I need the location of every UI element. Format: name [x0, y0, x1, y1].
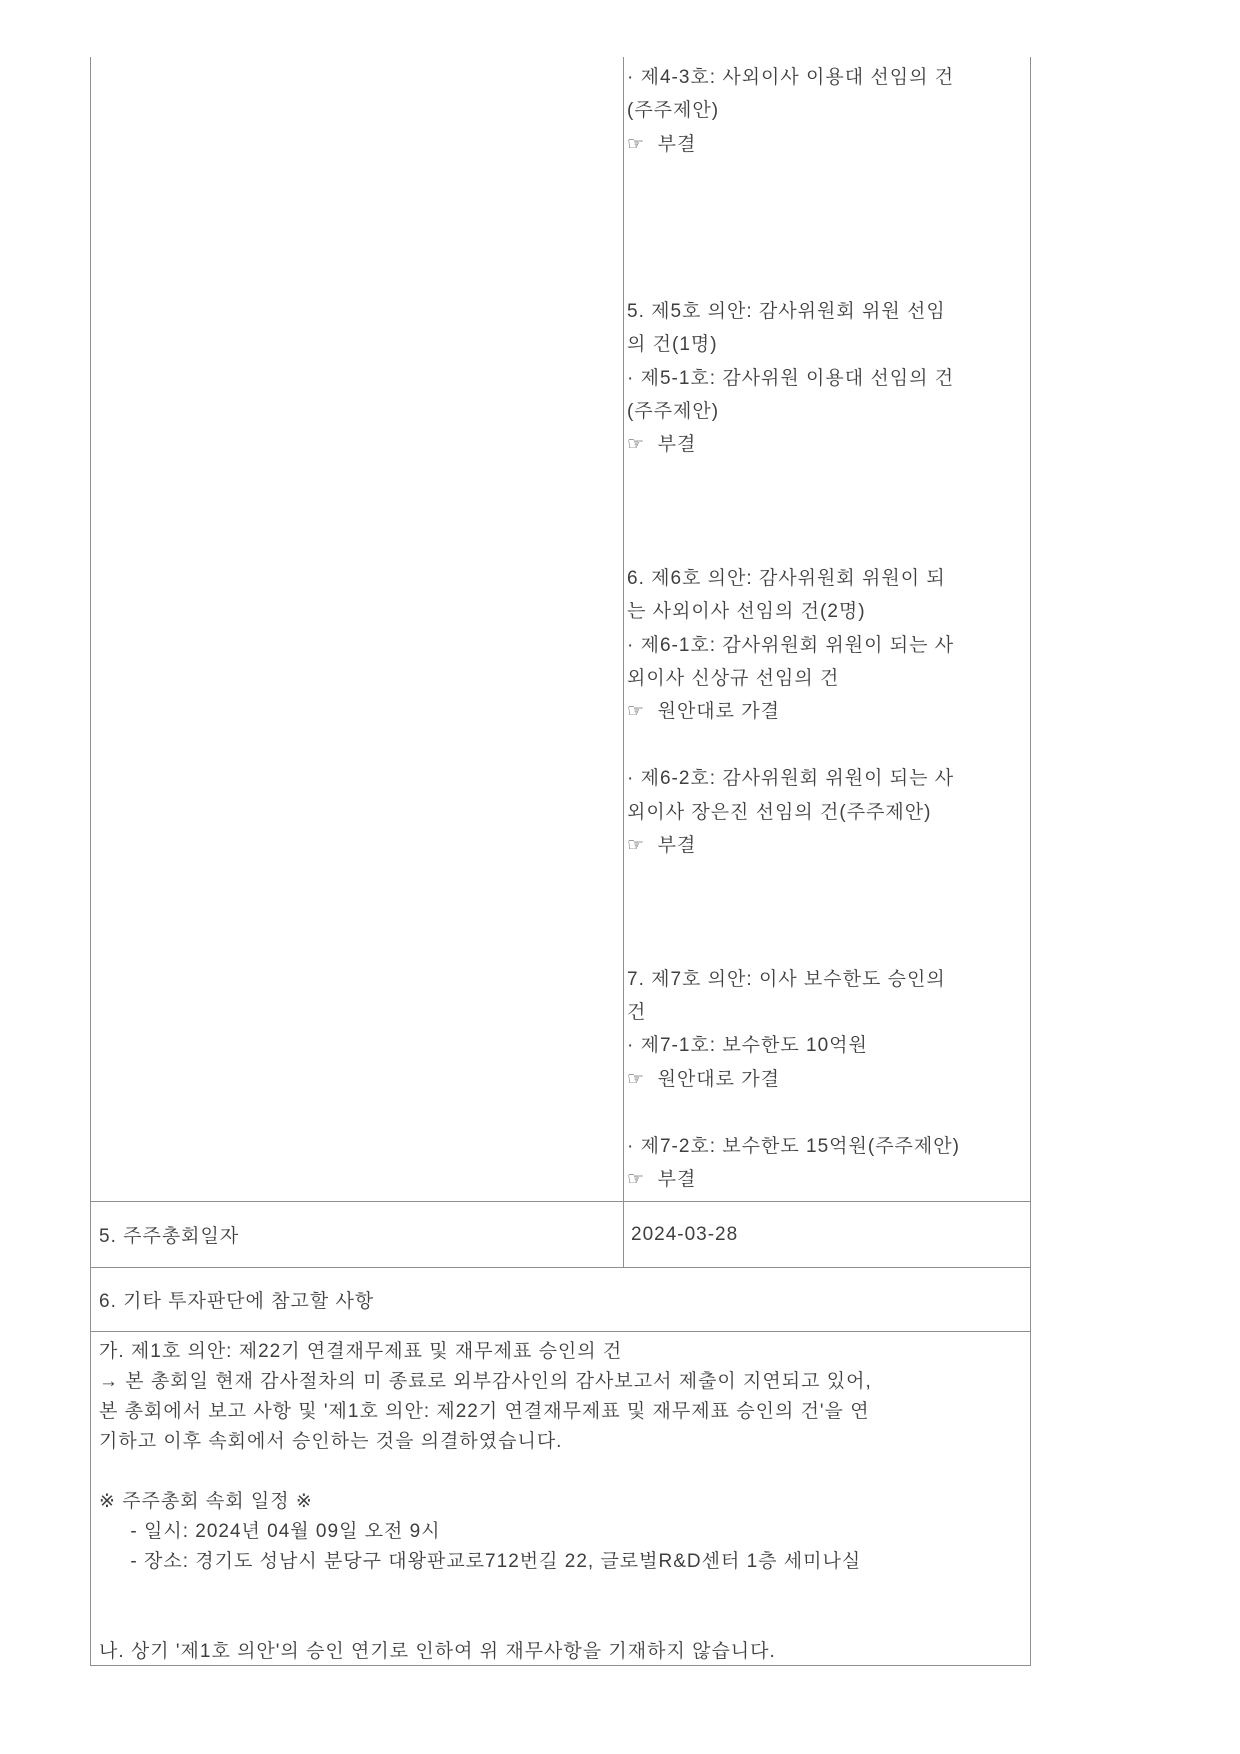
text-line	[627, 261, 1028, 294]
text-line: 건	[627, 996, 1028, 1029]
text-line: 기하고 이후 속회에서 승인하는 것을 의결하였습니다.	[99, 1427, 1024, 1457]
text-line: - 일시: 2024년 04월 09일 오전 9시	[99, 1517, 1024, 1547]
other-info-header-label: 6. 기타 투자판단에 참고할 사항	[91, 1268, 1030, 1331]
text-line: 의 건(1명)	[627, 328, 1028, 361]
text-line: 7. 제7호 의안: 이사 보수한도 승인의	[627, 963, 1028, 996]
text-line: 6. 제6호 의안: 감사위원회 위원이 되	[627, 562, 1028, 595]
text-line: ※ 주주총회 속회 일정 ※	[99, 1487, 1024, 1517]
text-line: · 제7-2호: 보수한도 15억원(주주제안)	[627, 1130, 1028, 1163]
text-line: ☞ 원안대로 가결	[627, 1063, 1028, 1096]
text-line: ☞ 부결	[627, 829, 1028, 862]
text-line	[627, 528, 1028, 561]
text-line: ☞ 원안대로 가결	[627, 695, 1028, 728]
document-page: · 제4-3호: 사외이사 이용대 선임의 건(주주제안)☞ 부결5. 제5호 …	[0, 0, 1240, 1754]
text-line: (주주제안)	[627, 395, 1028, 428]
text-line	[627, 161, 1028, 194]
meeting-date-label: 5. 주주총회일자	[91, 1202, 624, 1267]
text-line: 가. 제1호 의안: 제22기 연결재무제표 및 재무제표 승인의 건	[99, 1337, 1024, 1367]
text-line: · 제6-1호: 감사위원회 위원이 되는 사	[627, 629, 1028, 662]
text-line: · 제5-1호: 감사위원 이용대 선임의 건	[627, 362, 1028, 395]
other-info-body-row: 가. 제1호 의안: 제22기 연결재무제표 및 재무제표 승인의 건→ 본 총…	[90, 1332, 1031, 1666]
disclosure-table: · 제4-3호: 사외이사 이용대 선임의 건(주주제안)☞ 부결5. 제5호 …	[90, 57, 1031, 1666]
meeting-date-value: 2024-03-28	[624, 1202, 1030, 1267]
other-info-header-row: 6. 기타 투자판단에 참고할 사항	[90, 1268, 1031, 1332]
text-line: · 제7-1호: 보수한도 10억원	[627, 1029, 1028, 1062]
text-line: 외이사 신상규 선임의 건	[627, 662, 1028, 695]
text-line: 5. 제5호 의안: 감사위원회 위원 선임	[627, 295, 1028, 328]
text-line	[99, 1607, 1024, 1637]
text-line	[627, 462, 1028, 495]
text-line	[627, 495, 1028, 528]
text-line	[99, 1577, 1024, 1607]
text-line: ☞ 부결	[627, 1163, 1028, 1196]
text-line: - 장소: 경기도 성남시 분당구 대왕판교로712번길 22, 글로벌R&D센…	[99, 1547, 1024, 1577]
meeting-date-row: 5. 주주총회일자 2024-03-28	[90, 1202, 1031, 1268]
text-line: · 제4-3호: 사외이사 이용대 선임의 건	[627, 61, 1028, 94]
text-line	[627, 1096, 1028, 1129]
text-line: ☞ 부결	[627, 428, 1028, 461]
text-line	[627, 228, 1028, 261]
text-line: → 본 총회일 현재 감사절차의 미 종료로 외부감사인의 감사보고서 제출이 …	[99, 1367, 1024, 1397]
other-info-body-cell: 가. 제1호 의안: 제22기 연결재무제표 및 재무제표 승인의 건→ 본 총…	[91, 1332, 1030, 1665]
text-line	[99, 1457, 1024, 1487]
text-line: 는 사외이사 선임의 건(2명)	[627, 595, 1028, 628]
agenda-items-cell: · 제4-3호: 사외이사 이용대 선임의 건(주주제안)☞ 부결5. 제5호 …	[624, 57, 1030, 1201]
agenda-continuation-row: · 제4-3호: 사외이사 이용대 선임의 건(주주제안)☞ 부결5. 제5호 …	[90, 57, 1031, 1202]
text-line	[627, 195, 1028, 228]
text-line	[627, 862, 1028, 895]
text-line: (주주제안)	[627, 94, 1028, 127]
text-line: 나. 상기 '제1호 의안'의 승인 연기로 인하여 위 재무사항을 기재하지 …	[99, 1637, 1024, 1665]
text-line: 외이사 장은진 선임의 건(주주제안)	[627, 796, 1028, 829]
text-line: · 제6-2호: 감사위원회 위원이 되는 사	[627, 762, 1028, 795]
text-line: 본 총회에서 보고 사항 및 '제1호 의안: 제22기 연결재무제표 및 재무…	[99, 1397, 1024, 1427]
agenda-row-empty-label-cell	[91, 57, 624, 1201]
text-line	[627, 896, 1028, 929]
text-line	[627, 729, 1028, 762]
text-line	[627, 929, 1028, 962]
text-line: ☞ 부결	[627, 128, 1028, 161]
